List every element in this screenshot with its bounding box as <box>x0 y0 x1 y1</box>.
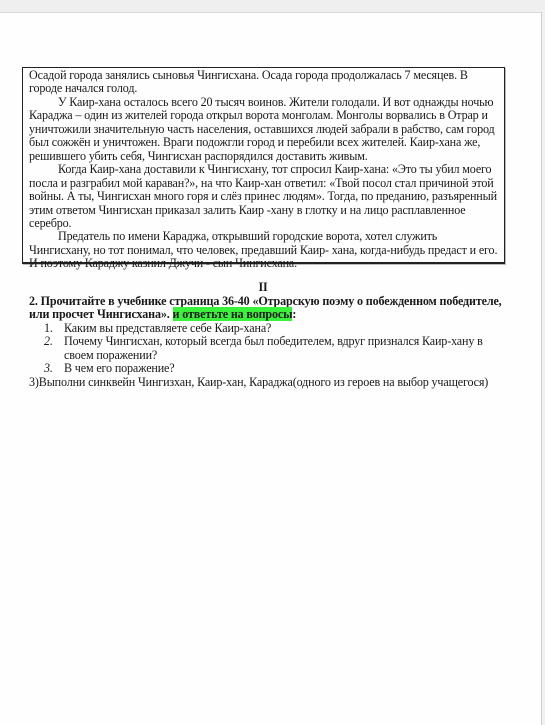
question-number: 2. <box>44 335 53 349</box>
box-paragraph-4: Предатель по имени Караджа, открывший го… <box>29 230 499 270</box>
question-item-3: 3.В чем его поражение? <box>29 362 509 376</box>
box-paragraph-3: Когда Каир-хана доставили к Чингисхану, … <box>29 163 499 230</box>
text-box: Осадой города занялись сыновья Чингисхан… <box>22 67 505 264</box>
task-2-title: 2. Прочитайте в учебнике страница 36-40 … <box>29 295 509 322</box>
question-text: Почему Чингисхан, который всегда был поб… <box>64 334 483 362</box>
box-paragraph-2: У Каир-хана осталось всего 20 тысяч воин… <box>29 96 499 163</box>
question-text: Каким вы представляете себе Каир-хана? <box>64 321 271 335</box>
question-item-2: 2.Почему Чингисхан, который всегда был п… <box>29 335 509 362</box>
question-text: В чем его поражение? <box>64 361 175 375</box>
section-number: II <box>29 281 509 295</box>
scrollbar[interactable] <box>541 12 545 725</box>
task-2-highlight: и ответьте на вопросы <box>173 307 293 321</box>
task-3: 3)Выполни синквейн Чингизхан, Каир-хан, … <box>29 376 509 390</box>
task-2-colon: : <box>292 307 296 321</box>
question-item-1: 1.Каким вы представляете себе Каир-хана? <box>29 322 509 336</box>
viewer-top-bar <box>0 0 545 13</box>
question-number: 3. <box>44 362 53 376</box>
task-section: II 2. Прочитайте в учебнике страница 36-… <box>29 281 509 389</box>
questions-list: 1.Каким вы представляете себе Каир-хана?… <box>29 322 509 376</box>
box-paragraph-1: Осадой города занялись сыновья Чингисхан… <box>29 69 499 96</box>
question-number: 1. <box>44 322 53 336</box>
